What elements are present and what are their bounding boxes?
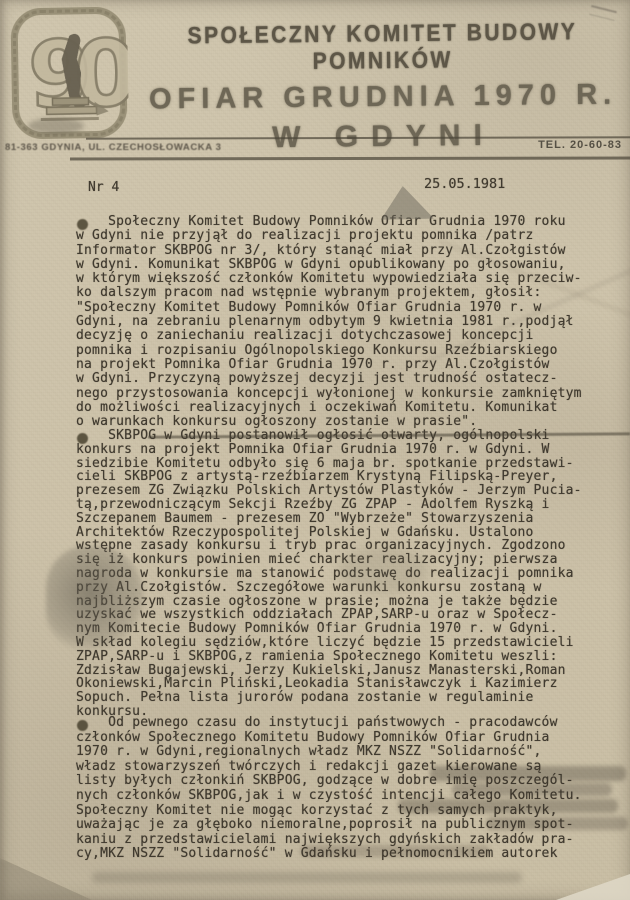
- scanned-bulletin-page: 9 0 SPOŁECZNY KOMITET BUDOWY POMNIKÓW OF…: [0, 0, 630, 900]
- corner-shadow: [0, 858, 92, 900]
- paragraph-letters-against-members: Od pewnego czasu do instytucji państwowy…: [76, 716, 584, 862]
- paragraph-open-competition: SKBPOG w Gdyni postanowił ogłosić otwart…: [76, 429, 584, 719]
- committee-name-line2: OFIAR GRUDNIA 1970 R.: [140, 78, 626, 116]
- committee-1970-monument-logo-icon: 9 0: [9, 5, 129, 141]
- committee-address: 81-363 GDYNIA, UL. CZECHOSŁOWACKA 3: [5, 142, 221, 153]
- bottom-ink-smear: [92, 872, 522, 883]
- issue-number: Nr 4: [88, 180, 119, 195]
- page-corner-edge: [556, 874, 630, 900]
- issue-date: 25.05.1981: [424, 176, 505, 192]
- committee-phone: TEL. 20-60-83: [538, 139, 622, 151]
- address-divider-rule: [70, 157, 630, 160]
- paragraph-monument-project-rejected: Społeczny Komitet Budowy Pomników Ofiar …: [76, 215, 584, 429]
- committee-name-line1: SPOŁECZNY KOMITET BUDOWY POMNIKÓW: [139, 19, 626, 78]
